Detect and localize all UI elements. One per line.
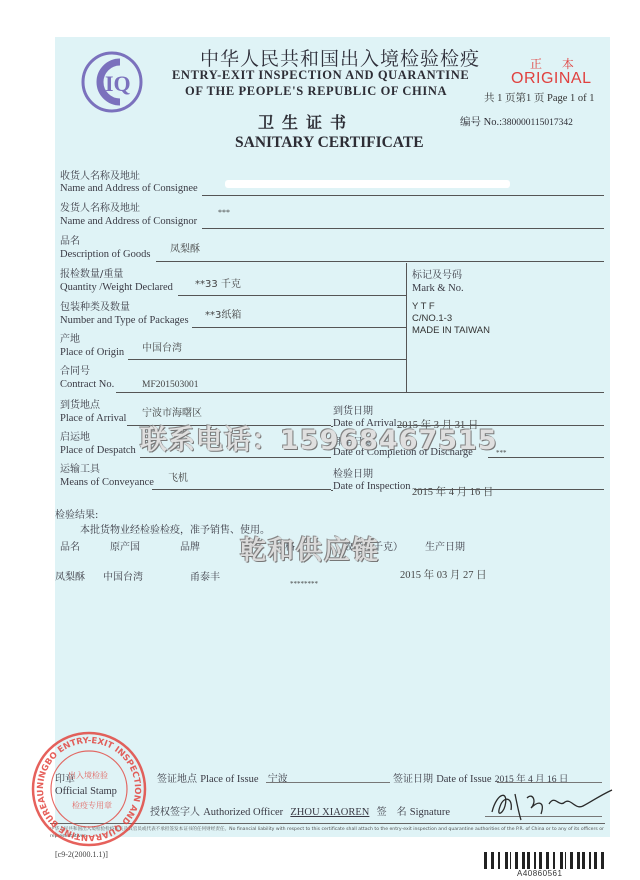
title-cn: 卫生证书	[258, 110, 354, 133]
contract-label-en: Contract No.	[60, 379, 114, 390]
goods-value: 凤梨酥	[170, 240, 200, 255]
stamp-ring-text: NINGBO ENTRY-EXIT INSPECTION AND QUARANT…	[36, 736, 142, 842]
goods-label-cn: 品名	[60, 232, 80, 247]
officer-label-cn: 授权签字人	[150, 807, 200, 818]
certificate-number: 编号 No.:380000115017342	[460, 114, 573, 129]
watermark-brand: 乾和供应链	[240, 530, 380, 567]
signature-label-cn: 签 名	[377, 807, 407, 818]
date-of-issue-label-cn: 签证日期	[393, 774, 433, 785]
results-col-header: 品牌	[180, 538, 200, 553]
results-cell-brand: 甬泰丰	[190, 568, 220, 583]
inspection-date-label-cn: 检验日期	[333, 465, 373, 480]
conveyance-label-cn: 运输工具	[60, 460, 100, 475]
marks-line: MADE IN TAIWAN	[412, 325, 490, 337]
authorized-officer: 授权签字人 Authorized Officer ZHOU XIAOREN 签 …	[150, 803, 450, 818]
place-of-issue-label-cn: 签证地点	[157, 774, 197, 785]
marks-label-en: Mark & No.	[412, 283, 464, 294]
consignor-label-cn: 发货人名称及地址	[60, 199, 140, 214]
officer-value: ZHOU XIAOREN	[290, 807, 369, 818]
arrival-place-value: 宁波市海曙区	[142, 404, 202, 419]
results-col-header: 生产日期	[425, 538, 465, 553]
origin-label-en: Place of Origin	[60, 347, 124, 358]
despatch-label-en: Place of Despatch	[60, 445, 136, 456]
certificate-number-label: 编号 No.:	[460, 117, 502, 128]
results-col-header: 品名	[60, 538, 80, 553]
results-col-header: 原产国	[110, 538, 140, 553]
place-of-issue-value: 宁波	[268, 774, 288, 785]
org-name-en-line1: ENTRY-EXIT INSPECTION AND QUARANTINE	[172, 68, 469, 83]
consignee-value-redacted	[225, 180, 510, 188]
place-of-issue-label-en: Place of Issue	[200, 774, 258, 785]
consignor-label-en: Name and Address of Consignor	[60, 216, 197, 227]
results-cell-goods: 凤梨酥	[55, 568, 85, 583]
origin-value: 中国台湾	[142, 339, 182, 354]
date-of-issue-label-en: Date of Issue	[436, 774, 491, 785]
official-stamp-icon: NINGBO ENTRY-EXIT INSPECTION AND QUARANT…	[30, 730, 148, 848]
org-name-en-line2: OF THE PEOPLE'S REPUBLIC OF CHINA	[185, 84, 447, 99]
origin-label-cn: 产地	[60, 330, 80, 345]
marks-line: Y T F	[412, 301, 490, 313]
page-info: 共 1 页第1 页 Page 1 of 1	[484, 90, 595, 105]
quantity-label-cn: 报检数量/重量	[60, 265, 123, 280]
results-cell-production-date: 2015 年 03 月 27 日	[400, 567, 487, 582]
packages-label-cn: 包装种类及数量	[60, 298, 130, 313]
conveyance-label-en: Means of Conveyance	[60, 477, 154, 488]
arrival-date-label-cn: 到货日期	[333, 402, 373, 417]
arrival-place-label-cn: 到货地点	[60, 396, 100, 411]
form-code: [c9-2(2000.1.1)]	[55, 850, 108, 859]
svg-text:检疫专用章: 检疫专用章	[72, 800, 112, 810]
barcode-icon	[484, 852, 604, 869]
consignee-label-en: Name and Address of Consignee	[60, 183, 198, 194]
contract-value: MF201503001	[142, 380, 198, 390]
goods-label-en: Description of Goods	[60, 249, 150, 260]
certificate-number-value: 380000115017342	[502, 118, 573, 128]
despatch-label-cn: 启运地	[60, 428, 90, 443]
officer-label-en: Authorized Officer	[203, 807, 283, 818]
quantity-label-en: Quantity /Weight Declared	[60, 282, 173, 293]
watermark-phone: 联系电话：15968467515	[140, 418, 498, 457]
inspection-date-value: 2015 年 4 月 16 日	[412, 484, 493, 499]
title-en: SANITARY CERTIFICATE	[235, 134, 424, 152]
marks-label-cn: 标记及号码	[412, 266, 462, 281]
svg-text:出入境检验: 出入境检验	[68, 770, 108, 780]
consignee-label-cn: 收货人名称及地址	[60, 167, 140, 182]
results-end-mark: ********	[290, 580, 318, 588]
packages-value: **3纸箱	[205, 306, 241, 321]
quantity-value: **33 千克	[195, 275, 241, 290]
signature-label-en: Signature	[410, 807, 450, 818]
arrival-place-label-en: Place of Arrival	[60, 413, 126, 424]
signature-scribble-icon	[487, 784, 617, 824]
org-name-cn: 中华人民共和国出入境检验检疫	[200, 44, 480, 71]
ciq-logo-icon: IQ	[80, 50, 144, 114]
barcode-number: A40860561	[517, 869, 562, 878]
inspection-date-label-en: Date of Inspection	[333, 481, 411, 492]
svg-text:IQ: IQ	[105, 71, 131, 96]
conveyance-value: 飞机	[168, 469, 188, 484]
svg-text:NINGBO ENTRY-EXIT INSPECTION A: NINGBO ENTRY-EXIT INSPECTION AND QUARANT…	[36, 736, 142, 842]
results-heading: 检验结果:	[55, 506, 98, 521]
results-cell-origin: 中国台湾	[103, 568, 143, 583]
original-label-en: ORIGINAL	[511, 70, 591, 88]
consignor-value: ***	[218, 208, 230, 217]
marks-line: C/NO.1-3	[412, 313, 490, 325]
packages-label-en: Number and Type of Packages	[60, 315, 189, 326]
marks-content: Y T F C/NO.1-3 MADE IN TAIWAN	[412, 301, 490, 337]
contract-label-cn: 合同号	[60, 362, 90, 377]
